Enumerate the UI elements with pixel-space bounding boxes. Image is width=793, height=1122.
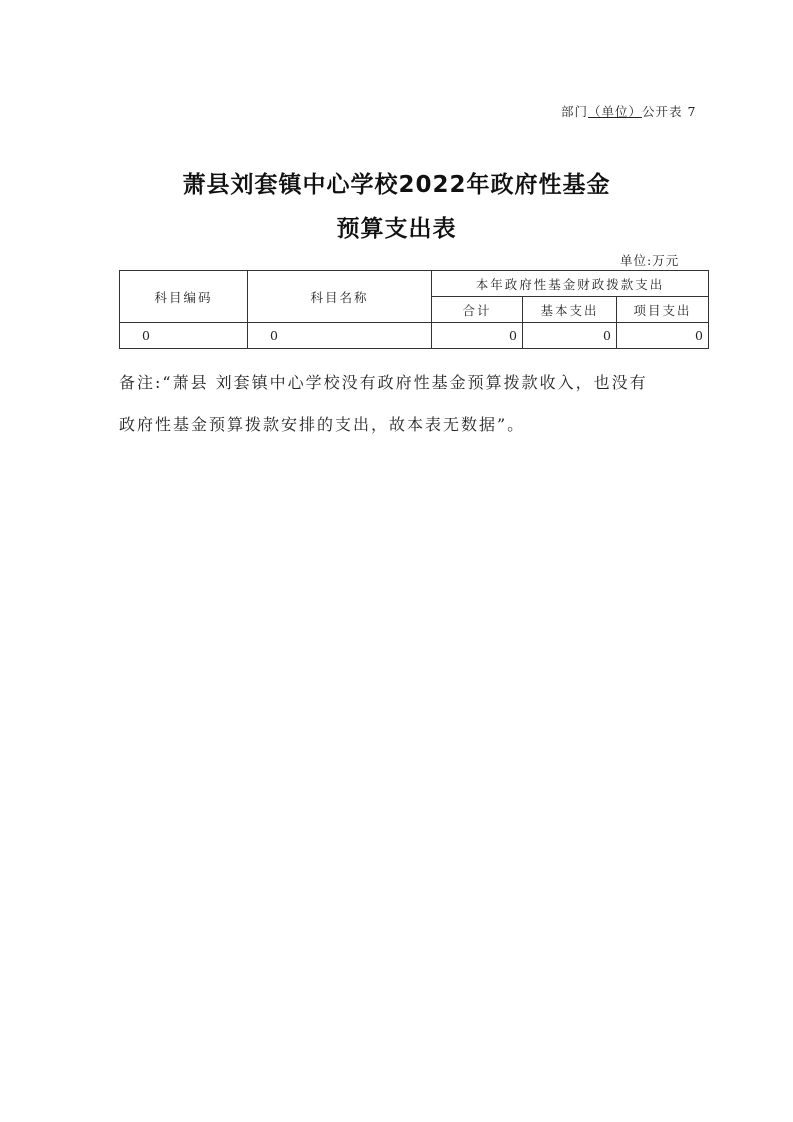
budget-table: 科目编码 科目名称 本年政府性基金财政拨款支出 合计 基本支出 项目支出 0 0… — [119, 270, 709, 349]
form-number-label: 部门（单位）公开表 7 — [561, 102, 696, 120]
remark-line2: 政府性基金预算拨款安排的支出，故本表无数据”。 — [119, 404, 709, 446]
header-basic: 基本支出 — [523, 297, 617, 323]
cell-total: 0 — [432, 323, 523, 349]
cell-project: 0 — [617, 323, 709, 349]
cell-basic: 0 — [523, 323, 617, 349]
table-row: 0 0 0 0 0 — [120, 323, 709, 349]
page-title-line2: 预算支出表 — [0, 210, 793, 243]
header-name: 科目名称 — [248, 271, 432, 323]
header-total: 合计 — [432, 297, 523, 323]
form-label-prefix: 部门 — [561, 104, 588, 119]
header-group: 本年政府性基金财政拨款支出 — [432, 271, 709, 297]
cell-name: 0 — [248, 323, 432, 349]
form-label-suffix: 公开表 7 — [642, 104, 696, 119]
remark-line1: 备注:“萧县 刘套镇中心学校没有政府性基金预算拨款收入，也没有 — [119, 362, 709, 404]
cell-code: 0 — [120, 323, 248, 349]
header-project: 项目支出 — [617, 297, 709, 323]
remark-note: 备注:“萧县 刘套镇中心学校没有政府性基金预算拨款收入，也没有 政府性基金预算拨… — [119, 362, 709, 446]
table-header-row-1: 科目编码 科目名称 本年政府性基金财政拨款支出 — [120, 271, 709, 297]
page-title-line1: 萧县刘套镇中心学校2022年政府性基金 — [0, 166, 793, 199]
form-label-unit: （单位） — [588, 104, 642, 119]
unit-label: 单位:万元 — [620, 251, 679, 269]
header-code: 科目编码 — [120, 271, 248, 323]
